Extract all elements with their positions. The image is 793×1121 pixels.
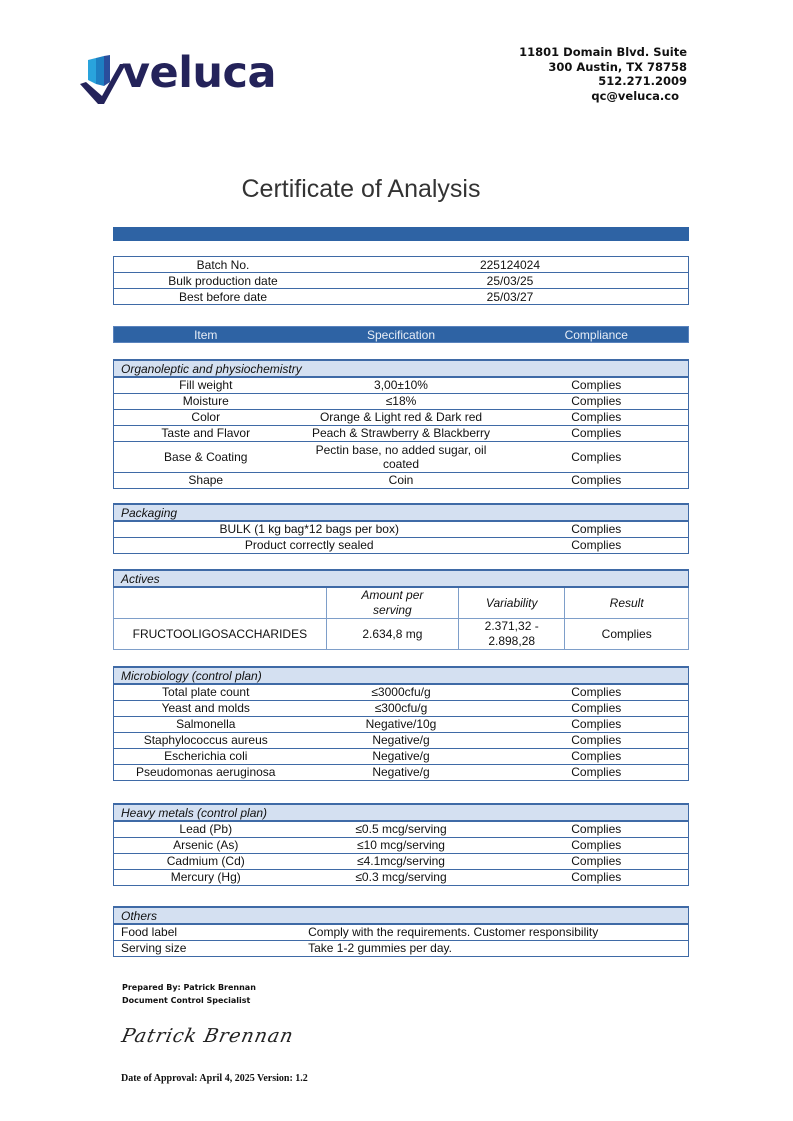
spec-cell: ≤4.1mcg/serving (298, 853, 505, 869)
prepared-by: Prepared By: Patrick Brennan (122, 982, 256, 995)
column-item: Item (114, 327, 298, 343)
item-cell: Arsenic (As) (114, 837, 298, 853)
item-cell: Color (114, 409, 298, 425)
spec-cell: ≤18% (298, 393, 505, 409)
section-title: Packaging (114, 504, 689, 521)
result-cell: Complies (505, 869, 689, 885)
spec-cell: Pectin base, no added sugar, oil coated (298, 441, 505, 472)
table-row: Total plate count≤3000cfu/gComplies (114, 684, 689, 700)
amount-cell: 2.634,8 mg (326, 619, 458, 650)
others-section: Others Food labelComply with the require… (113, 906, 689, 957)
column-header: Item Specification Compliance (113, 326, 689, 343)
item-cell: Lead (Pb) (114, 821, 298, 837)
item-cell: Base & Coating (114, 441, 298, 472)
production-date-value: 25/03/25 (332, 273, 689, 289)
table-row: Fill weight3,00±10%Complies (114, 377, 689, 393)
batch-label: Batch No. (114, 257, 333, 273)
item-cell: Mercury (Hg) (114, 869, 298, 885)
result-cell: Complies (505, 853, 689, 869)
signature: Patrick Brennan (120, 1025, 296, 1047)
table-row: Yeast and molds≤300cfu/gComplies (114, 700, 689, 716)
organoleptic-section: Organoleptic and physiochemistry Fill we… (113, 359, 689, 489)
column-compliance: Compliance (505, 327, 689, 343)
address-line: 300 Austin, TX 78758 (519, 60, 687, 75)
best-before-value: 25/03/27 (332, 289, 689, 305)
result-cell: Complies (505, 393, 689, 409)
column-specification: Specification (298, 327, 505, 343)
approval-date-version: Date of Approval: April 4, 2025 Version:… (121, 1073, 308, 1084)
table-row: BULK (1 kg bag*12 bags per box)Complies (114, 521, 689, 537)
actives-section: Actives Amount per serving Variability R… (113, 569, 689, 650)
table-row: Best before date25/03/27 (114, 289, 689, 305)
table-row: Bulk production date25/03/25 (114, 273, 689, 289)
result-cell: Complies (565, 619, 689, 650)
item-cell: Cadmium (Cd) (114, 853, 298, 869)
spec-cell: Peach & Strawberry & Blackberry (298, 425, 505, 441)
section-title: Others (114, 907, 689, 924)
spec-cell: ≤10 mcg/serving (298, 837, 505, 853)
item-cell: Staphylococcus aureus (114, 732, 298, 748)
prepared-by-block: Prepared By: Patrick Brennan Document Co… (122, 982, 256, 1007)
table-row: Pseudomonas aeruginosaNegative/gComplies (114, 764, 689, 780)
table-row: SalmonellaNegative/10gComplies (114, 716, 689, 732)
spec-cell: ≤0.3 mcg/serving (298, 869, 505, 885)
spec-cell: ≤300cfu/g (298, 700, 505, 716)
result-cell: Complies (505, 472, 689, 488)
result-cell: Complies (505, 409, 689, 425)
heavy-metals-section: Heavy metals (control plan) Lead (Pb)≤0.… (113, 803, 689, 886)
value-cell: Take 1-2 gummies per day. (306, 940, 688, 956)
table-row: Taste and FlavorPeach & Strawberry & Bla… (114, 425, 689, 441)
spec-cell: ≤3000cfu/g (298, 684, 505, 700)
result-cell: Complies (505, 716, 689, 732)
table-row: Mercury (Hg)≤0.3 mcg/servingComplies (114, 869, 689, 885)
spec-cell: 3,00±10% (298, 377, 505, 393)
table-row: Batch No.225124024 (114, 257, 689, 273)
table-row: Base & CoatingPectin base, no added suga… (114, 441, 689, 472)
table-row: ColorOrange & Light red & Dark redCompli… (114, 409, 689, 425)
batch-value: 225124024 (332, 257, 689, 273)
item-cell: Pseudomonas aeruginosa (114, 764, 298, 780)
spec-cell: Negative/g (298, 748, 505, 764)
spec-cell: Coin (298, 472, 505, 488)
spec-cell: Negative/g (298, 732, 505, 748)
table-row: Product correctly sealedComplies (114, 537, 689, 553)
address-line: 11801 Domain Blvd. Suite (519, 45, 687, 60)
result-header: Result (565, 587, 689, 619)
best-before-label: Best before date (114, 289, 333, 305)
variability-header: Variability (459, 587, 565, 619)
result-cell: Complies (505, 537, 689, 553)
item-cell: Food label (114, 924, 307, 940)
table-row: Lead (Pb)≤0.5 mcg/servingComplies (114, 821, 689, 837)
result-cell: Complies (505, 748, 689, 764)
veluca-logo: veluca (80, 54, 280, 106)
table-row: ShapeCoinComplies (114, 472, 689, 488)
batch-info-table: Batch No.225124024 Bulk production date2… (113, 256, 689, 305)
variability-cell: 2.371,32 - 2.898,28 (459, 619, 565, 650)
header-cell (114, 587, 327, 619)
packaging-section: Packaging BULK (1 kg bag*12 bags per box… (113, 503, 689, 554)
result-cell: Complies (505, 821, 689, 837)
amount-header: Amount per serving (326, 587, 458, 619)
value-cell: Comply with the requirements. Customer r… (306, 924, 688, 940)
item-cell: Yeast and molds (114, 700, 298, 716)
item-cell: Escherichia coli (114, 748, 298, 764)
item-cell: Salmonella (114, 716, 298, 732)
item-cell: Shape (114, 472, 298, 488)
table-row: Cadmium (Cd)≤4.1mcg/servingComplies (114, 853, 689, 869)
section-title: Organoleptic and physiochemistry (114, 360, 689, 377)
preparer-role: Document Control Specialist (122, 995, 256, 1008)
item-cell: BULK (1 kg bag*12 bags per box) (114, 521, 505, 537)
table-row: Moisture≤18%Complies (114, 393, 689, 409)
item-cell: Taste and Flavor (114, 425, 298, 441)
table-row: Serving sizeTake 1-2 gummies per day. (114, 940, 689, 956)
company-address: 11801 Domain Blvd. Suite 300 Austin, TX … (519, 45, 687, 104)
result-cell: Complies (505, 837, 689, 853)
item-cell: Product correctly sealed (114, 537, 505, 553)
table-row: FRUCTOOLIGOSACCHARIDES 2.634,8 mg 2.371,… (114, 619, 689, 650)
section-title: Heavy metals (control plan) (114, 804, 689, 821)
result-cell: Complies (505, 377, 689, 393)
item-cell: Moisture (114, 393, 298, 409)
table-row: Amount per serving Variability Result (114, 587, 689, 619)
result-cell: Complies (505, 425, 689, 441)
email: qc@veluca.co (519, 89, 687, 104)
spec-cell: Negative/g (298, 764, 505, 780)
spec-cell: ≤0.5 mcg/serving (298, 821, 505, 837)
result-cell: Complies (505, 764, 689, 780)
check-shield-logo-icon (80, 54, 126, 104)
active-name: FRUCTOOLIGOSACCHARIDES (114, 619, 327, 650)
result-cell: Complies (505, 521, 689, 537)
result-cell: Complies (505, 732, 689, 748)
result-cell: Complies (505, 441, 689, 472)
phone: 512.271.2009 (519, 74, 687, 89)
brand-name: veluca (122, 48, 276, 98)
page-title: Certificate of Analysis (0, 175, 722, 204)
section-title: Actives (114, 570, 689, 587)
table-row: Arsenic (As)≤10 mcg/servingComplies (114, 837, 689, 853)
table-row: Food labelComply with the requirements. … (114, 924, 689, 940)
section-title: Microbiology (control plan) (114, 667, 689, 684)
table-row: Escherichia coliNegative/gComplies (114, 748, 689, 764)
title-divider-bar (113, 227, 689, 241)
spec-cell: Orange & Light red & Dark red (298, 409, 505, 425)
table-row: Staphylococcus aureusNegative/gComplies (114, 732, 689, 748)
item-cell: Fill weight (114, 377, 298, 393)
result-cell: Complies (505, 684, 689, 700)
item-cell: Total plate count (114, 684, 298, 700)
production-date-label: Bulk production date (114, 273, 333, 289)
item-cell: Serving size (114, 940, 307, 956)
spec-cell: Negative/10g (298, 716, 505, 732)
result-cell: Complies (505, 700, 689, 716)
microbiology-section: Microbiology (control plan) Total plate … (113, 666, 689, 781)
